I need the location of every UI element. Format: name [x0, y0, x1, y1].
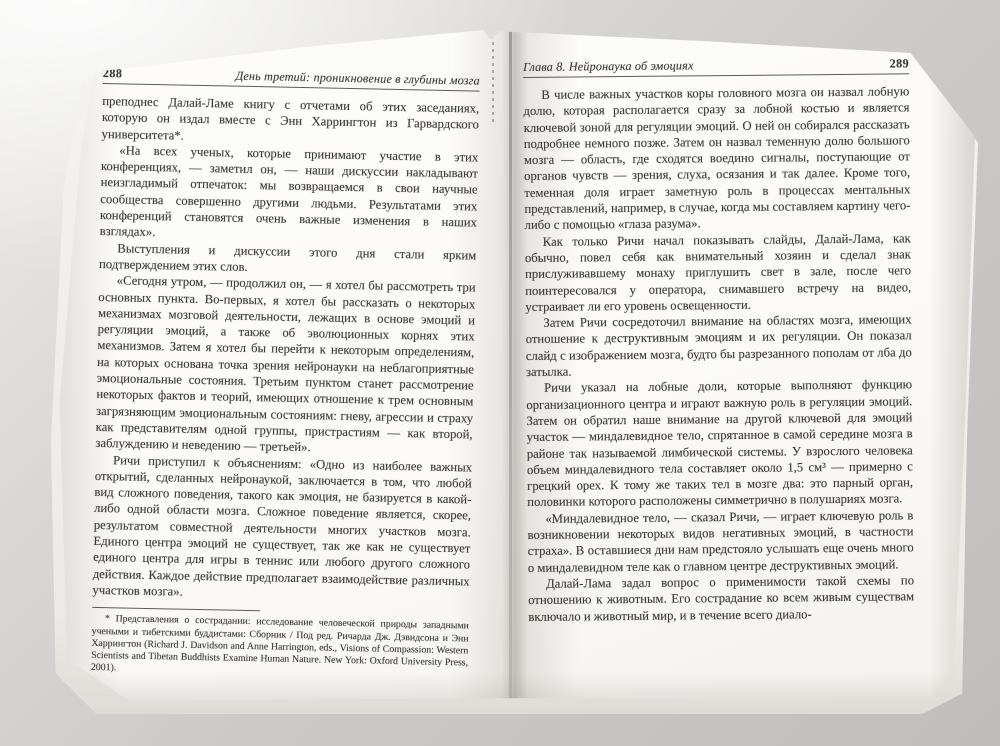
- book-photo: 288 День третий: проникновение в глубины…: [0, 0, 1000, 746]
- right-running-head: Глава 8. Нейронаука об эмоциях: [523, 58, 694, 75]
- right-page: Глава 8. Нейронаука об эмоциях 289 В чис…: [523, 56, 915, 715]
- body-paragraph: «Сегодня утром, — продолжил он, — я хоте…: [95, 272, 476, 459]
- body-paragraph: Далай-Лама задал вопрос о применимости т…: [528, 572, 914, 625]
- right-page-body: В числе важных участков коры головного м…: [523, 83, 914, 624]
- body-paragraph: Ричи указал на лобные доли, которые выпо…: [526, 377, 913, 511]
- gutter-crease: [509, 30, 512, 706]
- body-paragraph: преподнес Далай-Ламе книгу с отчетами об…: [101, 93, 479, 149]
- binding-stitch: [492, 35, 494, 123]
- body-paragraph: Как только Ричи начал показывать слайды,…: [525, 230, 912, 315]
- footnote-separator: [92, 607, 260, 611]
- body-paragraph: В числе важных участков коры головного м…: [523, 83, 910, 233]
- right-page-number: 289: [889, 56, 909, 71]
- left-page-header: 288 День третий: проникновение в глубины…: [103, 66, 480, 92]
- body-paragraph: Ричи приступил к объяснениям: «Одно из н…: [92, 451, 472, 605]
- body-paragraph: Затем Ричи сосредоточил внимание на обла…: [525, 311, 912, 380]
- open-book-spread: 288 День третий: проникновение в глубины…: [55, 30, 975, 706]
- left-page-number: 288: [103, 66, 123, 81]
- left-page: 288 День третий: проникновение в глубины…: [90, 66, 480, 723]
- right-page-header: Глава 8. Нейронаука об эмоциях 289: [523, 56, 909, 78]
- left-page-body: преподнес Далай-Ламе книгу с отчетами об…: [92, 93, 479, 606]
- left-running-head: День третий: проникновение в глубины моз…: [235, 69, 480, 89]
- body-paragraph: «Миндалевидное тело, — сказал Ричи, — иг…: [527, 507, 914, 576]
- footnote: * Представления о сострадании: исследова…: [91, 613, 469, 682]
- body-paragraph: «На всех ученых, которые принимают участ…: [100, 142, 479, 247]
